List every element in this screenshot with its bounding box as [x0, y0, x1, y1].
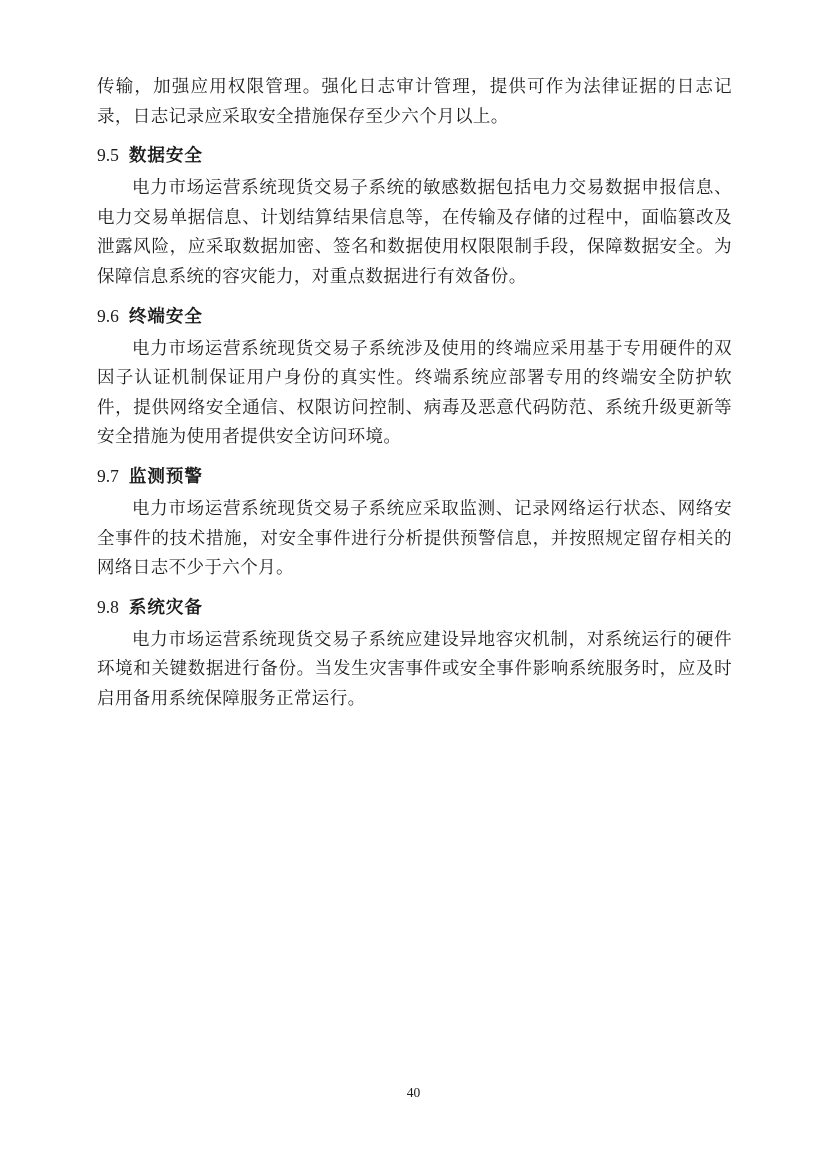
section-title: 终端安全	[129, 303, 203, 329]
document-page: 传输，加强应用权限管理。强化日志审计管理，提供可作为法律证据的日志记录，日志记录…	[0, 0, 827, 1169]
intro-paragraph: 传输，加强应用权限管理。强化日志审计管理，提供可作为法律证据的日志记录，日志记录…	[97, 72, 732, 131]
section-number: 9.6	[97, 303, 119, 329]
section-number: 9.7	[97, 463, 119, 489]
section-title: 系统灾备	[129, 594, 203, 620]
section-body-9-5: 电力市场运营系统现货交易子系统的敏感数据包括电力交易数据申报信息、电力交易单据信…	[97, 173, 732, 291]
section-heading-9-6: 9.6 终端安全	[97, 303, 732, 329]
page-number: 40	[0, 1085, 827, 1101]
section-heading-9-8: 9.8 系统灾备	[97, 594, 732, 620]
section-number: 9.8	[97, 594, 119, 620]
section-body-9-7: 电力市场运营系统现货交易子系统应采取监测、记录网络运行状态、网络安全事件的技术措…	[97, 494, 732, 583]
section-heading-9-7: 9.7 监测预警	[97, 463, 732, 489]
section-body-9-8: 电力市场运营系统现货交易子系统应建设异地容灾机制，对系统运行的硬件环境和关键数据…	[97, 625, 732, 714]
section-title: 数据安全	[129, 142, 203, 168]
page-content: 传输，加强应用权限管理。强化日志审计管理，提供可作为法律证据的日志记录，日志记录…	[97, 72, 732, 714]
section-title: 监测预警	[129, 463, 203, 489]
section-number: 9.5	[97, 142, 119, 168]
section-heading-9-5: 9.5 数据安全	[97, 142, 732, 168]
section-body-9-6: 电力市场运营系统现货交易子系统涉及使用的终端应采用基于专用硬件的双因子认证机制保…	[97, 334, 732, 452]
